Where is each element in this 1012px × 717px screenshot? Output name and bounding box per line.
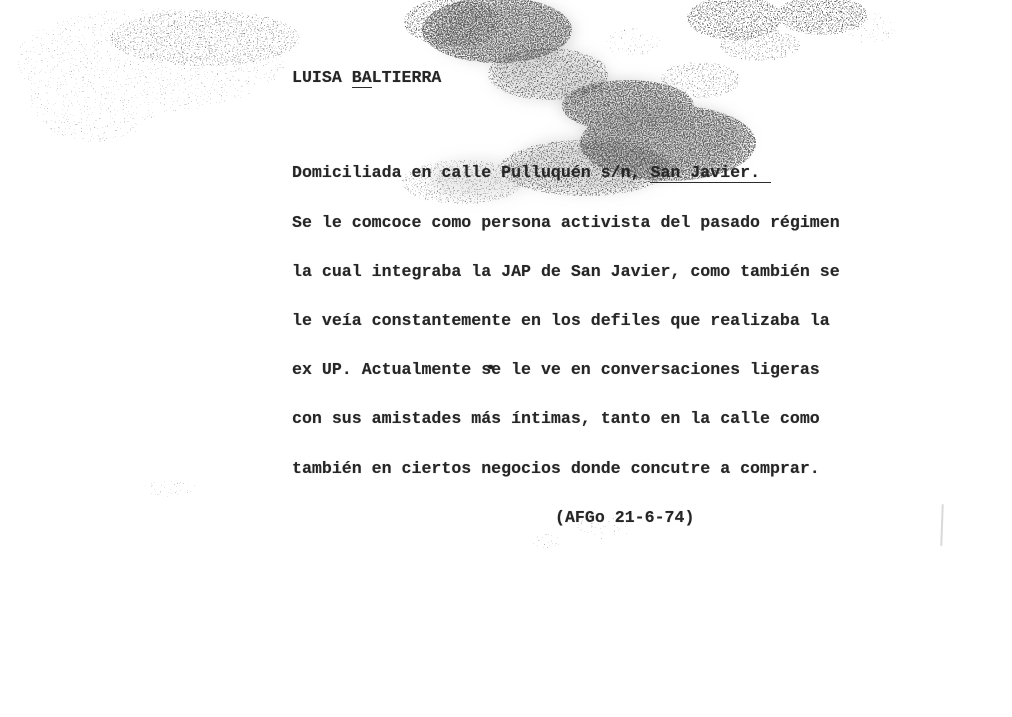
document-text-line: también en ciertos negocios donde concut… [292, 461, 840, 477]
document-text-line: la cual integraba la JAP de San Javier, … [292, 264, 840, 280]
line1-text: Domiciliada en calle Pulluquén s/n, [292, 163, 650, 182]
document-text-line: con sus amistades más íntimas, tanto en … [292, 411, 840, 427]
document-text-line: Se le comcoce como persona activista del… [292, 215, 840, 231]
line1-underlined-text: San Javier. [650, 163, 771, 183]
document-text-line: le veía constantemente en los defiles qu… [292, 313, 840, 329]
heading-suffix: LTIERRA [372, 68, 442, 87]
scanned-document-page: LUISA BALTIERRA Domiciliada en calle Pul… [0, 0, 1012, 717]
heading-prefix: LUISA [292, 68, 352, 87]
document-text-line: ex UP. Actualmente se le ve en conversac… [292, 362, 840, 378]
ink-dot [488, 365, 493, 369]
faint-scratch-line [940, 504, 943, 546]
source-reference: (AFGo 21-6-74) [292, 510, 840, 526]
heading-underlined-part: BA [352, 68, 372, 88]
document-text-block: LUISA BALTIERRA Domiciliada en calle Pul… [292, 37, 840, 592]
document-text-line: Domiciliada en calle Pulluquén s/n, San … [292, 165, 840, 181]
document-body: Domiciliada en calle Pulluquén s/n, San … [292, 133, 840, 559]
person-name-heading: LUISA BALTIERRA [292, 70, 840, 86]
